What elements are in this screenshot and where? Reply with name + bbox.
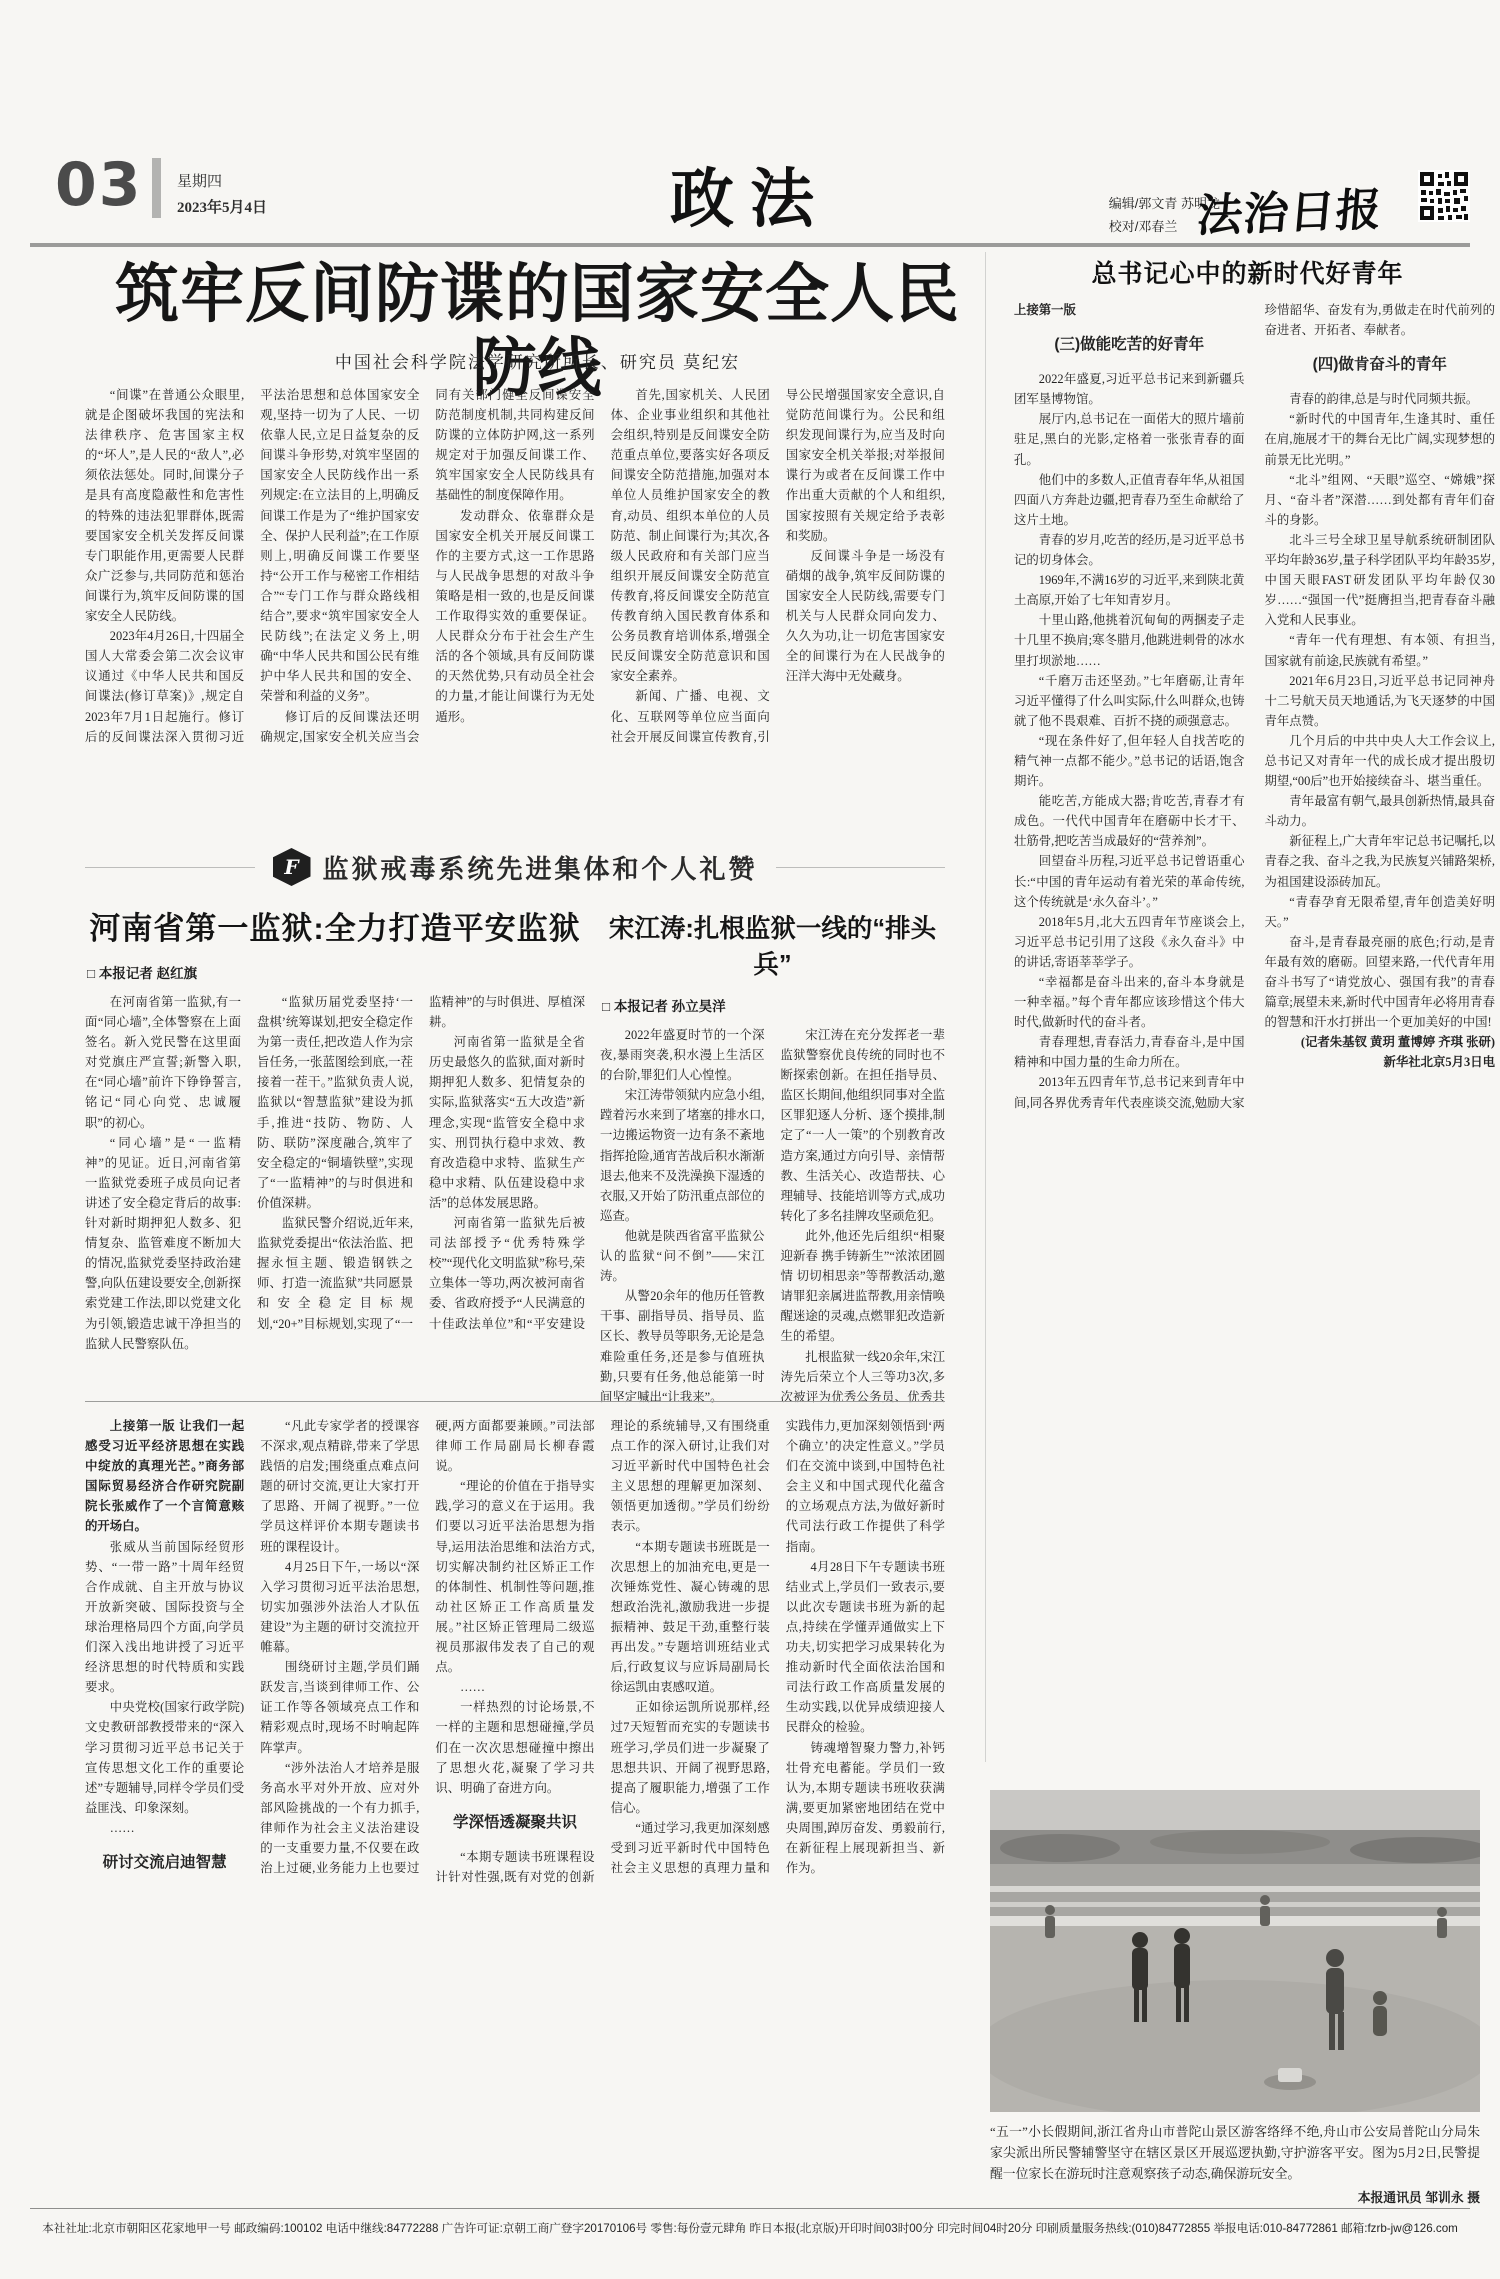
paragraph: 青春的岁月,吃苦的经历,是习近平总书记的切身体会。: [1014, 530, 1245, 570]
banner-rule-left: [85, 867, 255, 868]
song-headline: 宋江涛:扎根监狱一线的“排头兵”: [600, 909, 945, 981]
paragraph: ……: [85, 1818, 244, 1838]
paragraph: “凡此专家学者的授课容不深求,观点精辟,带来了学思践悟的启发;围绕重点难点问题的…: [260, 1416, 419, 1557]
song-reporter: □ 本报记者 孙立昊洋: [602, 995, 945, 1015]
henan-headline: 河南省第一监狱:全力打造平安监狱: [85, 903, 585, 948]
paragraph: 青春理想,青春活力,青春奋斗,是中国精神和中国力量的生命力所在。: [1014, 1032, 1245, 1072]
paragraph: “监狱历届党委坚持‘一盘棋’统筹谋划,把安全稳定作为第一责任,把改造人作为宗旨任…: [257, 992, 413, 1213]
footer-imprint: 本社社址:北京市朝阳区花家地甲一号 邮政编码:100102 电话中继线:8477…: [30, 2220, 1470, 2236]
paragraph: 4月28日下午专题读书班结业式上,学员们一致表示,要以此次专题读书班为新的起点,…: [786, 1557, 945, 1738]
paragraph: 从警20余年的他历任管教干事、副指导员、指导员、监区长、教导员等职务,无论是急难…: [600, 1286, 765, 1407]
paragraph: 十里山路,他挑着沉甸甸的两捆麦子走十几里不换肩;寒冬腊月,他跳进刺骨的冰水里打坝…: [1014, 610, 1245, 670]
header-rule: [30, 243, 1470, 247]
paragraph: 回望奋斗历程,习近平总书记曾语重心长:“中国的青年运动有着光荣的革命传统,这个传…: [1014, 851, 1245, 911]
main-byline: 中国社会科学院法学研究所所长、研究员 莫纪宏: [85, 348, 990, 373]
paragraph: 正如徐运凯所说那样,经过7天短暂而充实的专题读书班学习,学员们进一步凝聚了思想共…: [611, 1697, 770, 1818]
paragraph: “千磨万击还坚劲。”七年磨砺,让青年习近平懂得了什么叫实际,什么叫群众,也铸就了…: [1014, 671, 1245, 731]
paragraph: 发动群众、依靠群众是国家安全机关开展反间谍工作的主要方式,这一工作思路与人民战争…: [435, 506, 594, 727]
paragraph: “间谍”在普通公众眼里,就是企图破坏我国的宪法和法律秩序、危害国家主权的“坏人”…: [85, 385, 244, 626]
subheading: 学深悟透凝聚共识: [435, 1810, 594, 1835]
paragraph: 2021年6月23日,习近平总书记同神舟十二号航天员天地通话,为飞天逐梦的中国青…: [1265, 671, 1496, 731]
paragraph: 1969年,不满16岁的习近平,来到陕北黄土高原,开始了七年知青岁月。: [1014, 570, 1245, 610]
paragraph: “青年一代有理想、有本领、有担当,国家就有前途,民族就有希望。”: [1265, 630, 1496, 670]
paragraph: 新征程上,广大青年牢记总书记嘱托,以青春之我、奋斗之我,为民族复兴铺路架桥,为祖…: [1265, 831, 1496, 891]
paragraph: “现在条件好了,但年轻人自找苦吃的精气神一点都不能少。”总书记的话语,饱含期许。: [1014, 731, 1245, 791]
subheading: 研讨交流启迪智慧: [85, 1850, 244, 1875]
paragraph: 2018年5月,北大五四青年节座谈会上,习近平总书记引用了这段《永久奋斗》中的讲…: [1014, 912, 1245, 972]
masthead-logo: 法治日报: [1195, 173, 1385, 244]
main-article-body: “间谍”在普通公众眼里,就是企图破坏我国的宪法和法律秩序、危害国家主权的“坏人”…: [85, 385, 945, 783]
youth-title: 总书记心中的新时代好青年: [1000, 254, 1495, 290]
paragraph: “本期专题读书班既是一次思想上的加油充电,更是一次锤炼党性、凝心铸魂的思想政治洗…: [611, 1537, 770, 1698]
subheading: (三)做能吃苦的好青年: [1014, 332, 1245, 357]
article-song-jiangtao: 宋江涛:扎根监狱一线的“排头兵” □ 本报记者 孙立昊洋 2022年盛夏时节的一…: [600, 903, 945, 1411]
paragraph: 青年最富有朝气,最具创新热情,最具奋斗动力。: [1265, 791, 1496, 831]
paragraph: “新时代的中国青年,生逢其时、重任在肩,施展才干的舞台无比广阔,实现梦想的前景无…: [1265, 409, 1496, 469]
banner-rule-right: [776, 867, 946, 868]
subheading: (四)做肯奋斗的青年: [1265, 352, 1496, 377]
paragraph: 他们中的多数人,正值青春年华,从祖国四面八方奔赴边疆,把青春乃至生命献给了这片土…: [1014, 470, 1245, 530]
henan-body: 在河南省第一监狱,有一面“同心墙”,全体警察在上面签名。新入党民警在这里面对党旗…: [85, 992, 585, 1372]
photo-credit: 本报通讯员 邹训永 摄: [990, 2187, 1480, 2208]
qr-code-icon: [1418, 170, 1470, 222]
banner-label: 监狱戒毒系统先进集体和个人礼赞: [323, 849, 758, 886]
article-henan-prison: 河南省第一监狱:全力打造平安监狱 □ 本报记者 赵红旗 在河南省第一监狱,有一面…: [85, 903, 585, 1372]
henan-reporter: □ 本报记者 赵红旗: [87, 962, 585, 982]
forum-continuation-body: 上接第一版 让我们一起感受习近平经济思想在实践中绽放的真理光芒。”商务部国际贸易…: [85, 1416, 945, 2182]
paragraph: 展厅内,总书记在一面偌大的照片墙前驻足,黑白的光影,定格着一张张青春的面孔。: [1014, 409, 1245, 469]
paragraph: 2022年盛夏,习近平总书记来到新疆兵团军垦博物馆。: [1014, 369, 1245, 409]
continued-from-tag: 上接第一版: [1014, 300, 1245, 320]
photo-caption: “五一”小长假期间,浙江省舟山市普陀山景区游客络绎不绝,舟山市公安局普陀山分局朱…: [990, 2122, 1480, 2185]
paragraph: “幸福都是奋斗出来的,奋斗本身就是一种幸福。”每个青年都应该珍惜这个伟大时代,做…: [1014, 972, 1245, 1032]
paragraph: 4月25日下午,一场以“深入学习贯彻习近平法治思想,切实加强涉外法治人才队伍建设…: [260, 1557, 419, 1657]
paragraph: 宋江涛在充分发挥老一辈监狱警察优良传统的同时也不断探索创新。在担任指导员、监区长…: [781, 1025, 946, 1226]
paragraph: 中央党校(国家行政学院)文史教研部教授带来的“深入学习贯彻习近平总书记关于宣传思…: [85, 1697, 244, 1818]
paragraph: 青春的韵律,总是与时代同频共振。: [1265, 389, 1496, 409]
paragraph: 奋斗,是青春最亮丽的底色;行动,是青年最有效的磨砺。回望来路,一代代青年用奋斗书…: [1265, 932, 1496, 1032]
reporter-credit: (记者朱基钗 黄玥 董博婷 齐琪 张研): [1265, 1032, 1496, 1052]
paragraph: “理论的价值在于指导实践,学习的意义在于运用。我们要以习近平法治思想为指导,运用…: [435, 1476, 594, 1677]
beach-patrol-photo: [990, 1790, 1480, 2112]
section-banner: F 监狱戒毒系统先进集体和个人礼赞: [85, 840, 945, 894]
paragraph: 宋江涛带领狱内应急小组,蹚着污水来到了堵塞的排水口,一边搬运物资一边有条不紊地指…: [600, 1085, 765, 1226]
paragraph: “同心墙”是“一监精神”的见证。近日,河南省第一监狱党委班子成员向记者讲述了安全…: [85, 1133, 241, 1354]
paragraph: 反间谍斗争是一场没有硝烟的战争,筑牢反间防谍的国家安全人民防线,需要专门机关与人…: [786, 546, 945, 687]
paragraph: 北斗三号全球卫星导航系统研制团队平均年龄36岁,量子科学团队平均年龄35岁,中国…: [1265, 530, 1496, 630]
justice-cube-icon: F: [273, 848, 311, 886]
paragraph: 铸魂增智聚力警力,补钙壮骨充电蓄能。学员们一致认为,本期专题读书班收获满满,要更…: [786, 1738, 945, 1879]
paragraph: ……: [435, 1677, 594, 1697]
paragraph: 一样热烈的讨论场景,不一样的主题和思想碰撞,学员们在一次次思想碰撞中擦出了思想火…: [435, 1697, 594, 1797]
paragraph: 此外,他还先后组织“相聚迎新春 携手铸新生”“浓浓团圆情 切切相思亲”等帮教活动…: [781, 1226, 946, 1347]
photo-caption-block: “五一”小长假期间,浙江省舟山市普陀山景区游客络绎不绝,舟山市公安局普陀山分局朱…: [990, 2122, 1480, 2208]
agency-credit: 新华社北京5月3日电: [1265, 1052, 1496, 1072]
middle-divider: [85, 1401, 945, 1402]
paragraph: 2022年盛夏时节的一个深夜,暴雨突袭,积水漫上生活区的台阶,罪犯们人心惶惶。: [600, 1025, 765, 1085]
page-header: 03 星期四 2023年5月4日 政法 编辑/郭文青 苏明龙 校对/邓春兰 法治…: [30, 148, 1470, 244]
paragraph: 在河南省第一监狱,有一面“同心墙”,全体警察在上面签名。新入党民警在这里面对党旗…: [85, 992, 241, 1133]
paragraph: 张威从当前国际经贸形势、“一带一路”十周年经贸合作成就、自主开放与协议开放新突破…: [85, 1537, 244, 1698]
song-body: 2022年盛夏时节的一个深夜,暴雨突袭,积水漫上生活区的台阶,罪犯们人心惶惶。宋…: [600, 1025, 945, 1411]
youth-body: 上接第一版(三)做能吃苦的好青年2022年盛夏,习近平总书记来到新疆兵团军垦博物…: [1014, 300, 1495, 1762]
article-youth: 总书记心中的新时代好青年 上接第一版(三)做能吃苦的好青年2022年盛夏,习近平…: [985, 252, 1495, 1762]
paragraph: 河南省第一监狱是全省历史最悠久的监狱,面对新时期押犯人数多、犯情复杂的实际,监狱…: [429, 1032, 585, 1213]
paragraph: 能吃苦,方能成大器;肯吃苦,青春才有成色。一代代中国青年在磨砺中长才干、壮筋骨,…: [1014, 791, 1245, 851]
footer-rule: [30, 2208, 1470, 2209]
continued-lead: 上接第一版 让我们一起感受习近平经济思想在实践中绽放的真理光芒。”商务部国际贸易…: [85, 1416, 244, 1537]
paragraph: “北斗”组网、“天眼”巡空、“嫦娥”探月、“奋斗者”深潜……到处都有青年们奋斗的…: [1265, 470, 1496, 530]
main-headline: 筑牢反间防谍的国家安全人民防线: [85, 258, 990, 405]
paragraph: 围绕研讨主题,学员们踊跃发言,当谈到律师工作、公证工作等各领域亮点工作和精彩观点…: [260, 1657, 419, 1757]
paragraph: 几个月后的中共中央人大工作会议上,总书记又对青年一代的成长成才提出殷切期望,“0…: [1265, 731, 1496, 791]
paragraph: “青春孕育无限希望,青年创造美好明天。”: [1265, 892, 1496, 932]
paragraph: 他就是陕西省富平监狱公认的监狱“问不倒”——宋江涛。: [600, 1226, 765, 1286]
paragraph: 首先,国家机关、人民团体、企业事业组织和其他社会组织,特别是反间谍安全防范重点单…: [611, 385, 770, 686]
newspaper-page: 03 星期四 2023年5月4日 政法 编辑/郭文青 苏明龙 校对/邓春兰 法治…: [0, 0, 1500, 2279]
